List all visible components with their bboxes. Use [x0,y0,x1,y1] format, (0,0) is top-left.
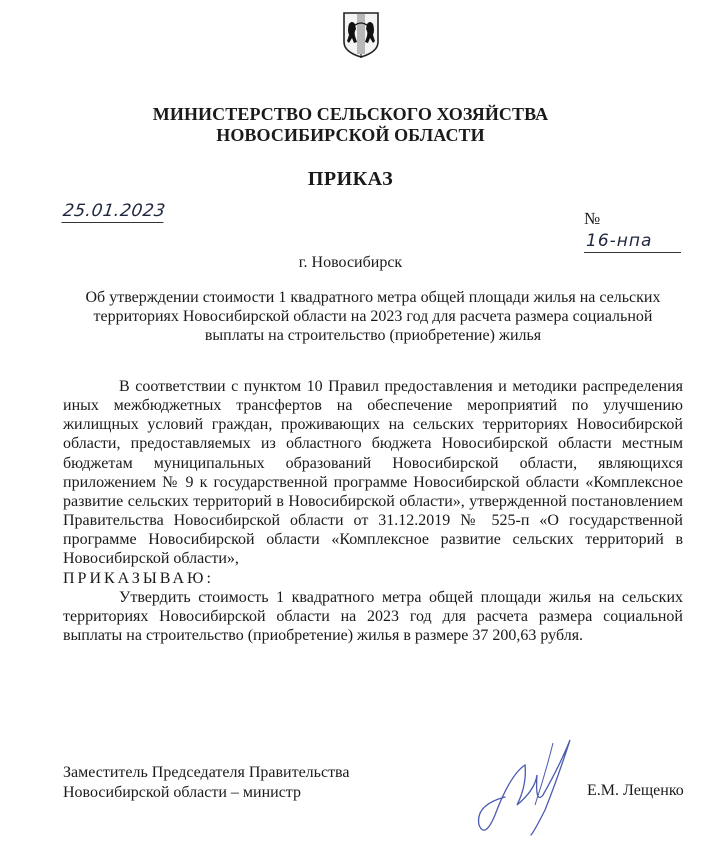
ministry-line-2: НОВОСИБИРСКОЙ ОБЛАСТИ [0,125,701,146]
position-line-1: Заместитель Председателя Правительства [63,763,350,783]
preamble-paragraph: В соответствии с пунктом 10 Правил предо… [63,377,683,569]
ministry-line-1: МИНИСТЕРСТВО СЕЛЬСКОГО ХОЗЯЙСТВА [0,104,701,125]
signatory-position: Заместитель Председателя Правительства Н… [63,763,350,802]
order-word: ПРИКАЗЫВАЮ: [63,569,683,588]
document-type-title: ПРИКАЗ [0,168,701,191]
handwritten-signature-icon [465,735,590,840]
document-number: № 16-нпа [584,208,701,253]
ministry-name: МИНИСТЕРСТВО СЕЛЬСКОГО ХОЗЯЙСТВА НОВОСИБ… [0,104,701,146]
document-date: 25.01.2023 [61,200,167,223]
position-line-2: Новосибирской области – министр [63,783,350,803]
number-sign: № [584,209,600,228]
signer-name: Е.М. Лещенко [587,782,684,800]
coat-of-arms-icon [341,10,381,60]
document-body: В соответствии с пунктом 10 Правил предо… [63,377,683,645]
city-line: г. Новосибирск [0,254,701,272]
number-value: 16-нпа [584,230,681,253]
resolution-paragraph: Утвердить стоимость 1 квадратного метра … [63,588,683,645]
document-subject: Об утверждении стоимости 1 квадратного м… [63,288,683,345]
